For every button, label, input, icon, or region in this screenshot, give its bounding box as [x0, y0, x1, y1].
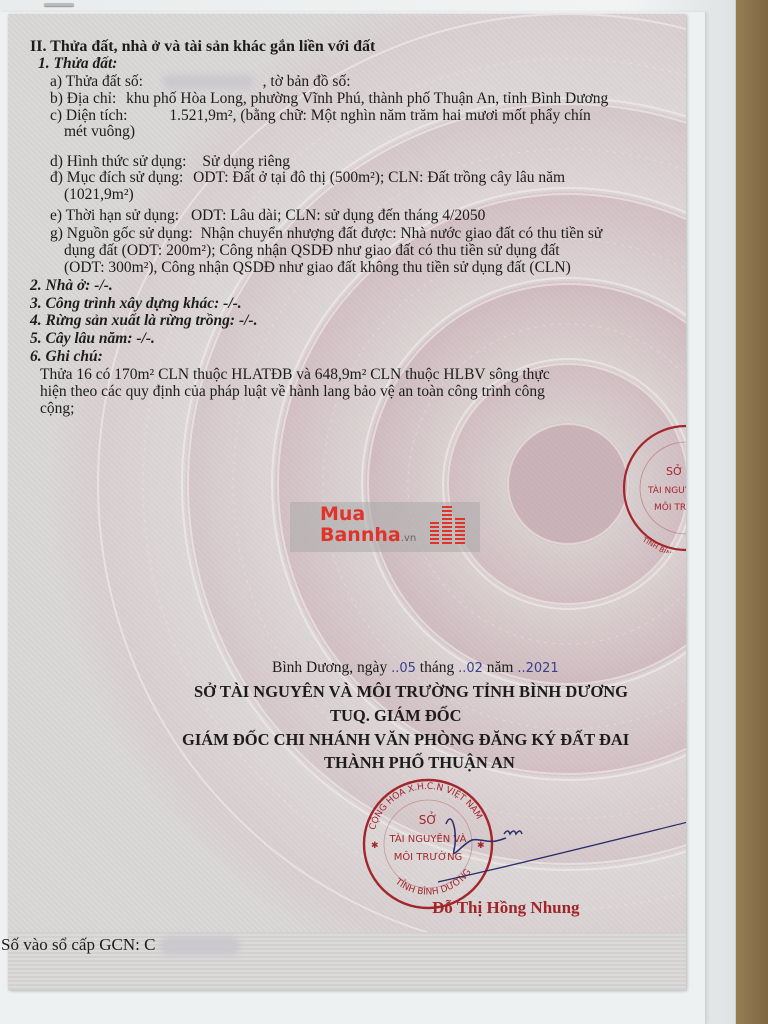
usage-purpose-value: ODT: Đất ở tại đô thị (500m²); CLN: Đất … [193, 169, 565, 186]
date-prefix: Bình Dương, ngày [272, 659, 387, 676]
issue-date-line: Bình Dương, ngày ..05 tháng ..02 năm ..2… [272, 660, 559, 677]
date-year: ..2021 [517, 661, 558, 676]
notes-line-3: cộng; [40, 401, 74, 417]
address-label: b) Địa chỉ: [50, 90, 116, 107]
authority-line-3: GIÁM ĐỐC CHI NHÁNH VĂN PHÒNG ĐĂNG KÝ ĐẤT… [182, 732, 629, 748]
watermark-text: Mua Bannha.vn [320, 504, 416, 549]
address-value: khu phố Hòa Long, phường Vĩnh Phú, thành… [126, 90, 608, 107]
date-month: ..02 [458, 661, 483, 676]
gcn-visible-char: C [144, 935, 155, 954]
watermark-brand: Bannha [320, 524, 401, 546]
signer-name: Đỗ Thị Hồng Nhung [432, 900, 580, 916]
gcn-registry-row: Số vào sổ cấp GCN: C [1, 935, 240, 955]
muabannha-watermark: Mua Bannha.vn [290, 502, 480, 552]
land-use-certificate-page: II. Thửa đất, nhà ở và tài sản khác gắn … [8, 14, 686, 990]
area-value: 1.521,9m², (bằng chữ: Một nghìn năm trăm… [169, 107, 590, 124]
parcel-heading: 1. Thửa đất: [38, 56, 117, 72]
origin-value-2: dụng đất (ODT: 200m²); Công nhận QSDĐ nh… [64, 243, 560, 259]
production-forest-item: 4. Rừng sản xuất là rừng trồng: -/-. [30, 313, 257, 329]
usage-term-row: e) Thời hạn sử dụng: ODT: Lâu dài; CLN: … [50, 208, 485, 224]
authority-line-2: TUQ. GIÁM ĐỐC [330, 708, 462, 724]
watermark-line1: Mua [320, 504, 416, 525]
date-day: ..05 [391, 661, 416, 676]
authority-line-4: THÀNH PHỐ THUẬN AN [324, 755, 515, 771]
certificate-content: II. Thửa đất, nhà ở và tài sản khác gắn … [8, 14, 686, 990]
map-sheet-label: , tờ bản đồ số: [263, 73, 351, 90]
origin-row: g) Nguồn gốc sử dụng: Nhận chuyển nhượng… [50, 226, 602, 242]
usage-form-row: d) Hình thức sử dụng: Sử dụng riêng [50, 154, 290, 170]
stamp-center-1: SỞ [419, 811, 438, 827]
usage-purpose-label: đ) Mục đích sử dụng: [50, 169, 183, 186]
staple [44, 3, 74, 6]
perennial-trees-item: 5. Cây lâu năm: -/-. [30, 331, 155, 347]
notes-heading: 6. Ghi chú: [30, 349, 103, 365]
section-title: II. Thửa đất, nhà ở và tài sản khác gắn … [30, 39, 375, 55]
area-value-cont: mét vuông) [64, 124, 135, 140]
usage-term-value: ODT: Lâu dài; CLN: sử dụng đến tháng 4/2… [191, 207, 485, 224]
gcn-label: Số vào sổ cấp GCN: [1, 935, 140, 954]
building-logo-icon [428, 504, 468, 548]
side-stamp-ring: TỈNH BÌNH [640, 534, 677, 553]
parcel-number-label: a) Thửa đất số: [50, 73, 143, 90]
usage-term-label: e) Thời hạn sử dụng: [50, 207, 179, 224]
usage-form-value: Sử dụng riêng [202, 153, 290, 170]
notes-line-2: hiện theo các quy định của pháp luật về … [40, 384, 545, 400]
authority-line-1: SỞ TÀI NGUYÊN VÀ MÔI TRƯỜNG TỈNH BÌNH DƯ… [194, 684, 628, 700]
watermark-suffix: .vn [401, 533, 416, 544]
side-stamp-line2: TÀI NGUYÊ [647, 484, 686, 496]
usage-purpose-row: đ) Mục đích sử dụng: ODT: Đất ở tại đô t… [50, 170, 565, 186]
signature-scribble [438, 804, 686, 904]
usage-purpose-cont: (1021,9m²) [64, 187, 134, 203]
side-official-stamp: SỞ TÀI NGUYÊ MÔI TRƯ TỈNH BÌNH [614, 423, 686, 553]
watermark-line2: Bannha.vn [320, 525, 416, 549]
notes-line-1: Thửa 16 có 170m² CLN thuộc HLATĐB và 648… [40, 367, 550, 383]
parcel-number-row: a) Thửa đất số: , tờ bản đồ số: [50, 74, 351, 90]
redacted-parcel-number [163, 75, 253, 89]
redacted-gcn-number [160, 937, 240, 955]
svg-text:✱: ✱ [371, 840, 379, 850]
address-row: b) Địa chỉ: khu phố Hòa Long, phường Vĩn… [50, 91, 608, 107]
side-stamp-line1: SỞ [666, 464, 683, 478]
origin-label: g) Nguồn gốc sử dụng: [50, 225, 193, 242]
side-stamp-line3: MÔI TRƯ [654, 501, 686, 513]
date-year-label: năm [487, 659, 514, 676]
origin-value: Nhận chuyển nhượng đất được: Nhà nước gi… [201, 225, 603, 242]
area-label: c) Diện tích: [50, 107, 127, 124]
usage-form-label: d) Hình thức sử dụng: [50, 153, 187, 170]
area-row: c) Diện tích: 1.521,9m², (bằng chữ: Một … [50, 108, 591, 124]
origin-value-3: (ODT: 300m²), Công nhận QSDĐ như giao đấ… [64, 260, 571, 276]
date-month-label: tháng [420, 659, 454, 676]
house-item: 2. Nhà ở: -/-. [30, 278, 113, 294]
other-construction-item: 3. Công trình xây dựng khác: -/-. [30, 296, 242, 312]
